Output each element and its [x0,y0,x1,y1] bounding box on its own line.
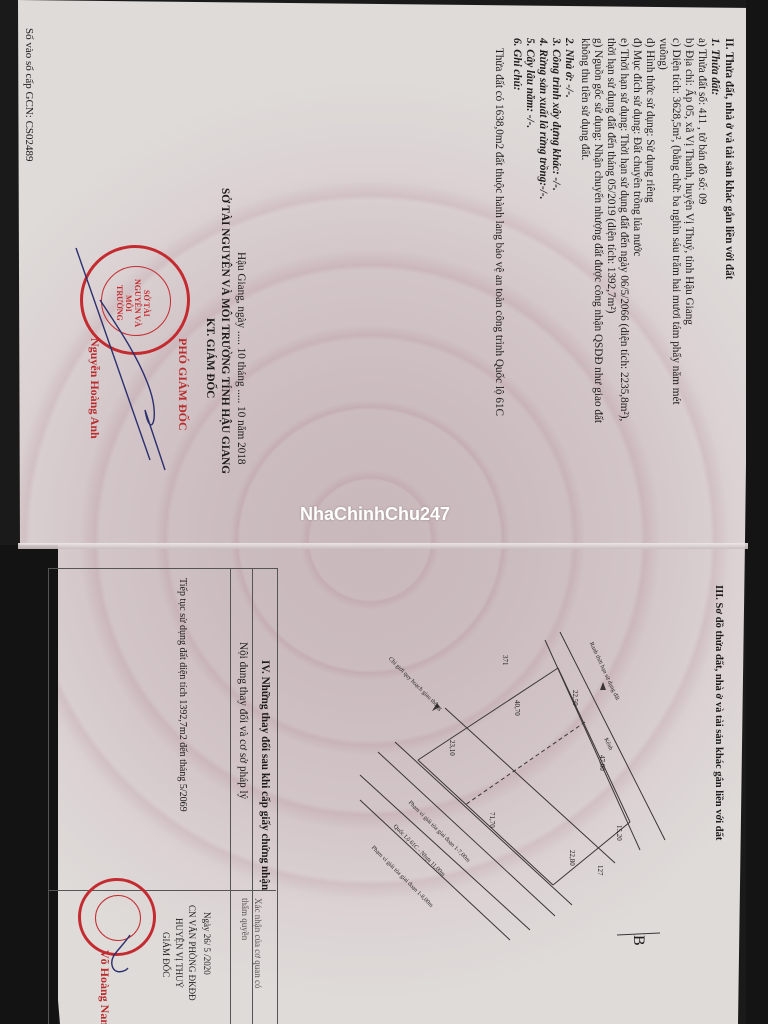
confirm-signature [0,0,768,1024]
